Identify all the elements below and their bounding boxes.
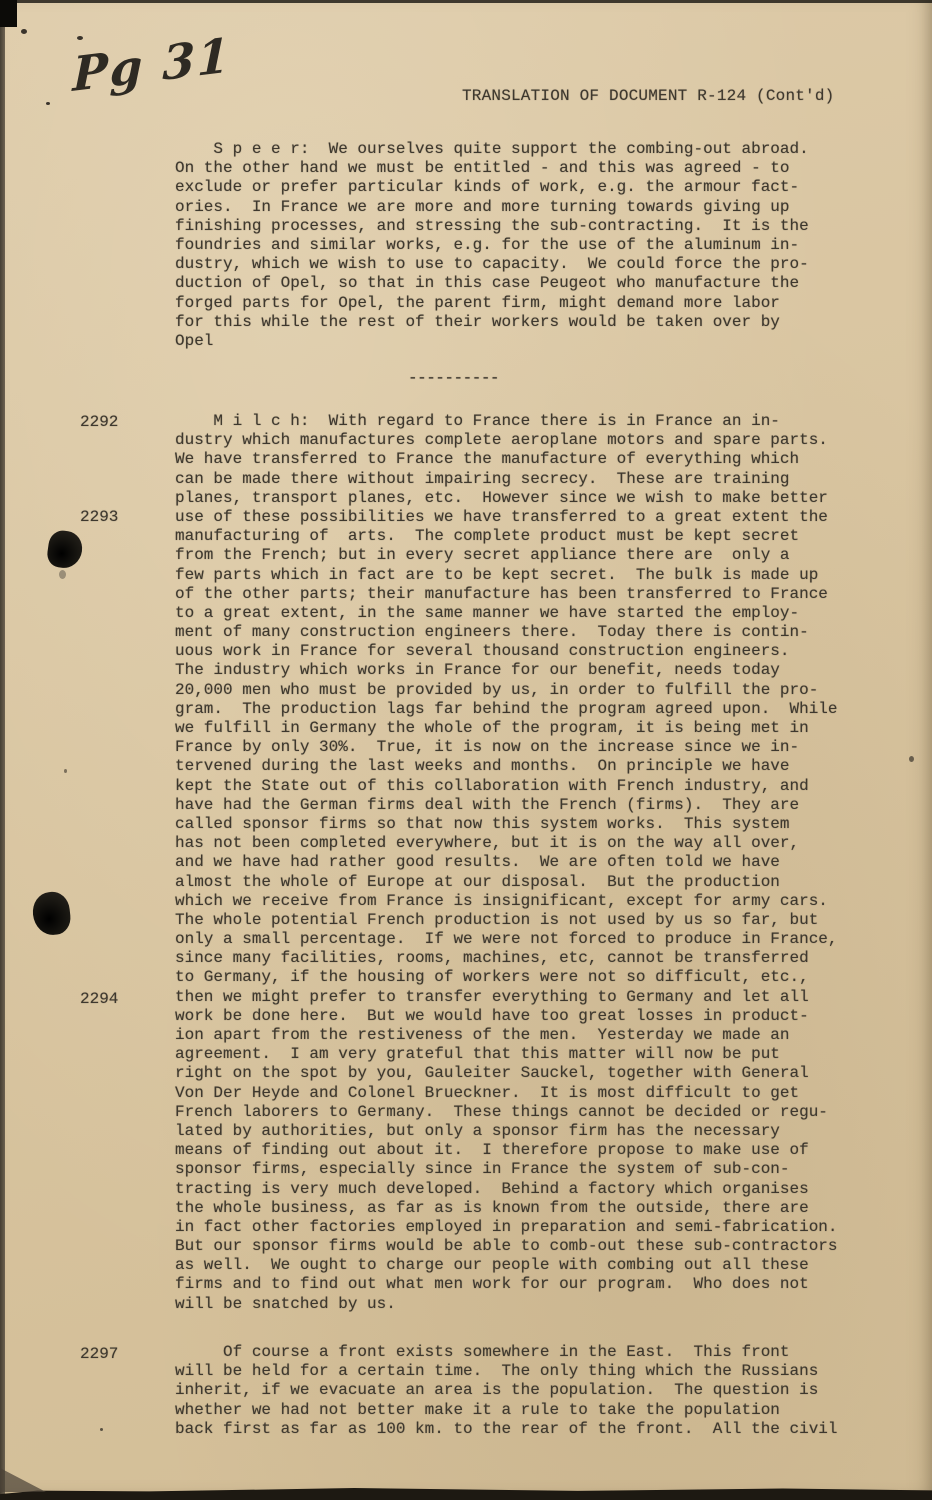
text-line: right on the spot by you, Gauleiter Sauc… [175,1064,885,1083]
text-line: means of finding out about it. I therefo… [175,1141,885,1160]
ink-smudge [59,570,66,579]
text-line: for this while the rest of their workers… [175,313,885,332]
text-line: back first as far as 100 km. to the rear… [175,1420,885,1439]
text-line: can be made there without impairing secr… [175,470,885,489]
text-line: of the other parts; their manufacture ha… [175,585,885,604]
text-line: only a small percentage. If we were not … [175,930,885,949]
margin-number-2293: 2293 [80,508,118,526]
text-line: foundries and similar works, e.g. for th… [175,236,885,255]
text-line: planes, transport planes, etc. However s… [175,489,885,508]
text-line: will be snatched by us. [175,1295,885,1314]
text-line: ories. In France we are more and more tu… [175,198,885,217]
text-line: use of these possibilities we have trans… [175,508,885,527]
text-line: ment of many construction engineers ther… [175,623,885,642]
text-line: agreement. I am very grateful that this … [175,1045,885,1064]
text-line: has not been completed everywhere, but i… [175,834,885,853]
text-line: Von Der Heyde and Colonel Brueckner. It … [175,1084,885,1103]
section-divider: ---------- [408,369,499,387]
text-line: On the other hand we must be entitled - … [175,159,885,178]
paper-speck [64,769,67,773]
text-line: the whole business, as far as is known f… [175,1199,885,1218]
text-line: since many facilities, rooms, machines, … [175,949,885,968]
text-line: But our sponsor firms would be able to c… [175,1237,885,1256]
speer-statement: S p e e r: We ourselves quite support th… [175,140,885,351]
text-line: work be done here. But we would have too… [175,1007,885,1026]
text-line: lated by authorities, but only a sponsor… [175,1122,885,1141]
milch-statement: M i l c h: With regard to France there i… [175,412,885,1314]
text-line: few parts which in fact are to be kept s… [175,566,885,585]
text-line: in fact other factories employed in prep… [175,1218,885,1237]
text-line: ion apart from the restiveness of the me… [175,1026,885,1045]
text-line: called sponsor firms so that now this sy… [175,815,885,834]
text-line: from the French; but in every secret app… [175,546,885,565]
text-line: manufacturing of arts. The complete prod… [175,527,885,546]
text-line: kept the State out of this collaboration… [175,777,885,796]
text-line: duction of Opel, so that in this case Pe… [175,274,885,293]
scan-edge-top [0,0,932,3]
text-line: then we might prefer to transfer everyth… [175,988,885,1007]
text-line: Opel [175,332,885,351]
text-line: will be held for a certain time. The onl… [175,1362,885,1381]
text-line: French laborers to Germany. These things… [175,1103,885,1122]
scanned-document-page: Pg 31 TRANSLATION OF DOCUMENT R-124 (Con… [0,0,932,1500]
paper-speck [100,1428,103,1431]
scan-edge-bottom [0,1487,932,1500]
paper-speck [21,29,27,34]
page-fold-mark [0,1468,46,1492]
text-line: S p e e r: We ourselves quite support th… [175,140,885,159]
text-line: The whole potential French production is… [175,911,885,930]
text-line: almost the whole of Europe at our dispos… [175,873,885,892]
scan-edge-left [0,0,5,1500]
text-line: have had the German firms deal with the … [175,796,885,815]
text-line: tervened during the last weeks and month… [175,757,885,776]
text-line: tracting is very much developed. Behind … [175,1180,885,1199]
handwritten-page-number: Pg 31 [72,28,232,103]
text-line: The industry which works in France for o… [175,661,885,680]
text-line: sponsor firms, especially since in Franc… [175,1160,885,1179]
text-line: We have transferred to France the manufa… [175,450,885,469]
text-line: uous work in France for several thousand… [175,642,885,661]
margin-number-2292: 2292 [80,413,118,431]
text-line: exclude or prefer particular kinds of wo… [175,178,885,197]
text-line: France by only 30%. True, it is now on t… [175,738,885,757]
text-line: we fulfill in Germany the whole of the p… [175,719,885,738]
paper-speck [909,756,914,762]
text-line: to a great extent, in the same manner we… [175,604,885,623]
text-line: M i l c h: With regard to France there i… [175,412,885,431]
scan-corner-mark [0,0,17,27]
margin-number-2297: 2297 [80,1345,118,1363]
text-line: gram. The production lags far behind the… [175,700,885,719]
text-line: dustry, which we wish to use to capacity… [175,255,885,274]
text-line: which we receive from France is insignif… [175,892,885,911]
text-line: forged parts for Opel, the parent firm, … [175,294,885,313]
margin-number-2294: 2294 [80,990,118,1008]
text-line: and we have had rather good results. We … [175,853,885,872]
ink-blot [46,529,85,570]
ink-blot [31,890,72,937]
east-front-statement: Of course a front exists somewhere in th… [175,1343,885,1439]
text-line: whether we had not better make it a rule… [175,1401,885,1420]
text-line: as well. We ought to charge our people w… [175,1256,885,1275]
text-line: dustry which manufactures complete aerop… [175,431,885,450]
paper-speck [77,36,83,40]
document-title: TRANSLATION OF DOCUMENT R-124 (Cont'd) [462,87,834,105]
text-line: finishing processes, and stressing the s… [175,217,885,236]
text-line: Of course a front exists somewhere in th… [175,1343,885,1362]
text-line: 20,000 men who must be provided by us, i… [175,681,885,700]
paper-speck [46,102,50,105]
text-line: firms and to find out what men work for … [175,1275,885,1294]
text-line: inherit, if we evacuate an area is the p… [175,1381,885,1400]
text-line: to Germany, if the housing of workers we… [175,968,885,987]
